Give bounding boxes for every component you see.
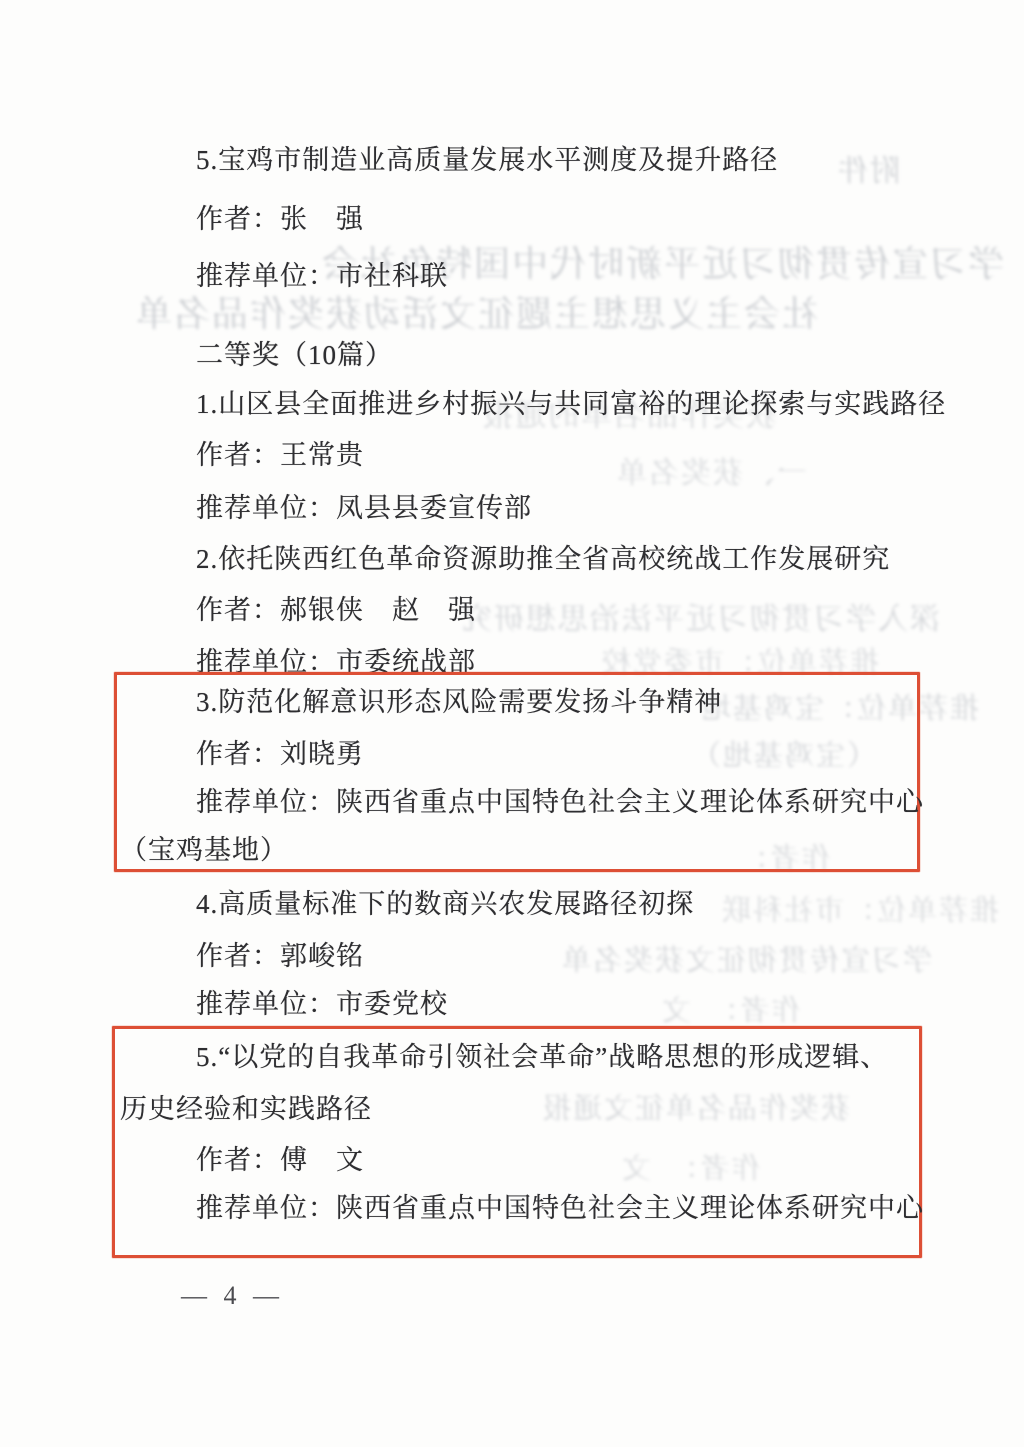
entry-unit: 推荐单位：凤县县委宣传部 <box>196 492 532 526</box>
entry-author: 作者：傅 文 <box>196 1144 364 1178</box>
bleedthrough-ghost: 学习宣传贯彻征文获奖名单 <box>560 938 932 979</box>
entry-title: 5.宝鸡市制造业高质量发展水平测度及提升路径 <box>196 144 778 178</box>
section-heading: 二等奖（10篇） <box>196 339 393 373</box>
entry-title-line1: 5.“以党的自我革命引领社会革命”战略思想的形成逻辑、 <box>196 1041 888 1075</box>
bleedthrough-ghost: 推荐单位：宝鸡基地 <box>700 686 979 727</box>
entry-unit: 推荐单位：市委党校 <box>196 988 448 1022</box>
scanned-document-page: 附件 学习宣传贯彻习近平新时代中国特色社会 社会主义思想主题征文活动获奖作品名单… <box>0 0 1024 1447</box>
bleedthrough-ghost: 获奖作品名单征文通报 <box>540 1086 850 1127</box>
entry-title: 4.高质量标准下的数商兴农发展路径初探 <box>196 888 694 922</box>
bleedthrough-ghost: 作者： <box>690 836 831 877</box>
entry-author: 作者：刘晓勇 <box>196 738 364 772</box>
bleedthrough-ghost: 作者： 文 <box>620 1146 761 1187</box>
bleedthrough-ghost: 推荐单位：市社科联 <box>720 888 999 929</box>
entry-title-line2: 历史经验和实践路径 <box>120 1093 372 1127</box>
entry-unit: 推荐单位：市委统战部 <box>196 646 476 680</box>
entry-title: 2.依托陕西红色革命资源助推全省高校统战工作发展研究 <box>196 543 890 577</box>
bleedthrough-ghost: 作者： 文 <box>660 988 801 1029</box>
entry-unit: 推荐单位：陕西省重点中国特色社会主义理论体系研究中心 <box>196 1192 924 1226</box>
entry-title: 1.山区县全面推进乡村振兴与共同富裕的理论探索与实践路径 <box>196 388 946 422</box>
bleedthrough-ghost: 推荐单位：市委党校 <box>600 640 879 681</box>
page-number: — 4 — <box>181 1281 284 1311</box>
bleedthrough-ghost: 一、获奖名单 <box>615 448 807 492</box>
bleedthrough-ghost: 附件 <box>836 146 900 190</box>
entry-author: 作者：张 强 <box>196 203 364 237</box>
entry-author: 作者：郭峻铭 <box>196 940 364 974</box>
entry-author: 作者：郝银侠 赵 强 <box>196 594 476 628</box>
entry-unit-continuation: （宝鸡基地） <box>120 834 288 868</box>
entry-unit: 推荐单位：市社科联 <box>196 260 448 294</box>
entry-author: 作者：王常贵 <box>196 439 364 473</box>
bleedthrough-ghost: 深入学习贯彻习近平法治思想研究 <box>460 594 940 638</box>
entry-title: 3.防范化解意识形态风险需要发扬斗争精神 <box>196 686 722 720</box>
bleedthrough-ghost: （宝鸡基地） <box>690 733 876 774</box>
entry-unit: 推荐单位：陕西省重点中国特色社会主义理论体系研究中心 <box>196 786 924 820</box>
